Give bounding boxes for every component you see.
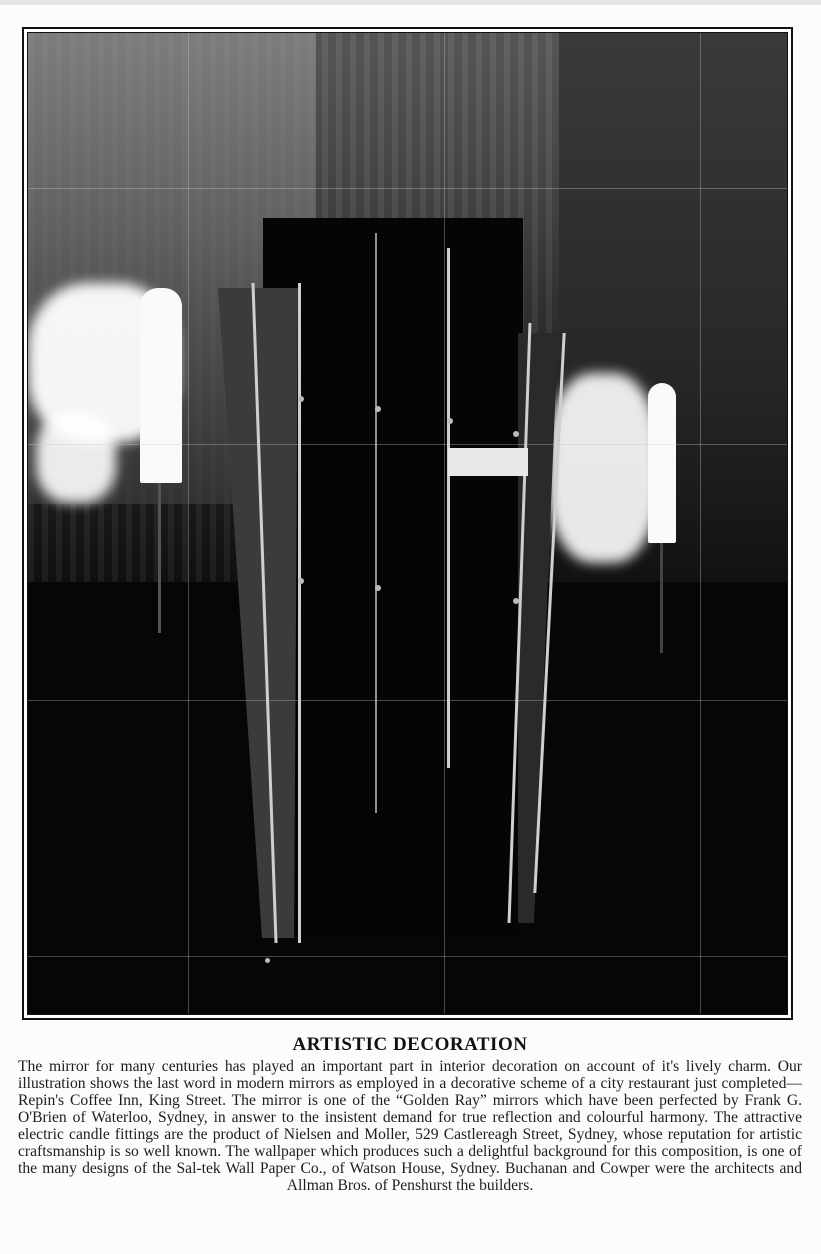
mirror-reflection-light <box>448 448 528 476</box>
left-candle-stem <box>158 483 161 633</box>
scan-seam <box>188 33 189 1014</box>
scan-seam <box>28 444 787 445</box>
mirror-edge-left-inner <box>298 283 301 943</box>
floor-highlight <box>265 958 270 963</box>
scan-seam <box>28 188 787 189</box>
right-candle-stem <box>660 543 663 653</box>
scan-seam <box>444 33 445 1014</box>
scan-seam <box>28 700 787 701</box>
left-lower-glow <box>36 413 116 503</box>
article-title: ARTISTIC DECORATION <box>18 1034 802 1056</box>
scan-top-edge <box>0 0 821 5</box>
mirror-clip <box>375 585 381 591</box>
scan-seam <box>700 33 701 1014</box>
right-wall-glow <box>548 373 658 563</box>
article-body: The mirror for many centuries has played… <box>18 1058 802 1194</box>
left-candle-light <box>140 288 182 483</box>
mirror-seam-1 <box>375 233 377 813</box>
mirror-clip <box>513 431 519 437</box>
mirror-clip <box>298 578 304 584</box>
mirror-seam-2 <box>447 248 450 768</box>
mirror-clip <box>375 406 381 412</box>
photo-frame <box>22 27 793 1020</box>
scan-seam <box>28 956 787 957</box>
right-candle-light <box>648 383 676 543</box>
article-caption: ARTISTIC DECORATION The mirror for many … <box>18 1034 802 1194</box>
mirror-clip <box>513 598 519 604</box>
photograph <box>27 32 788 1015</box>
mirror-clip <box>447 418 453 424</box>
mirror-clip <box>298 396 304 402</box>
